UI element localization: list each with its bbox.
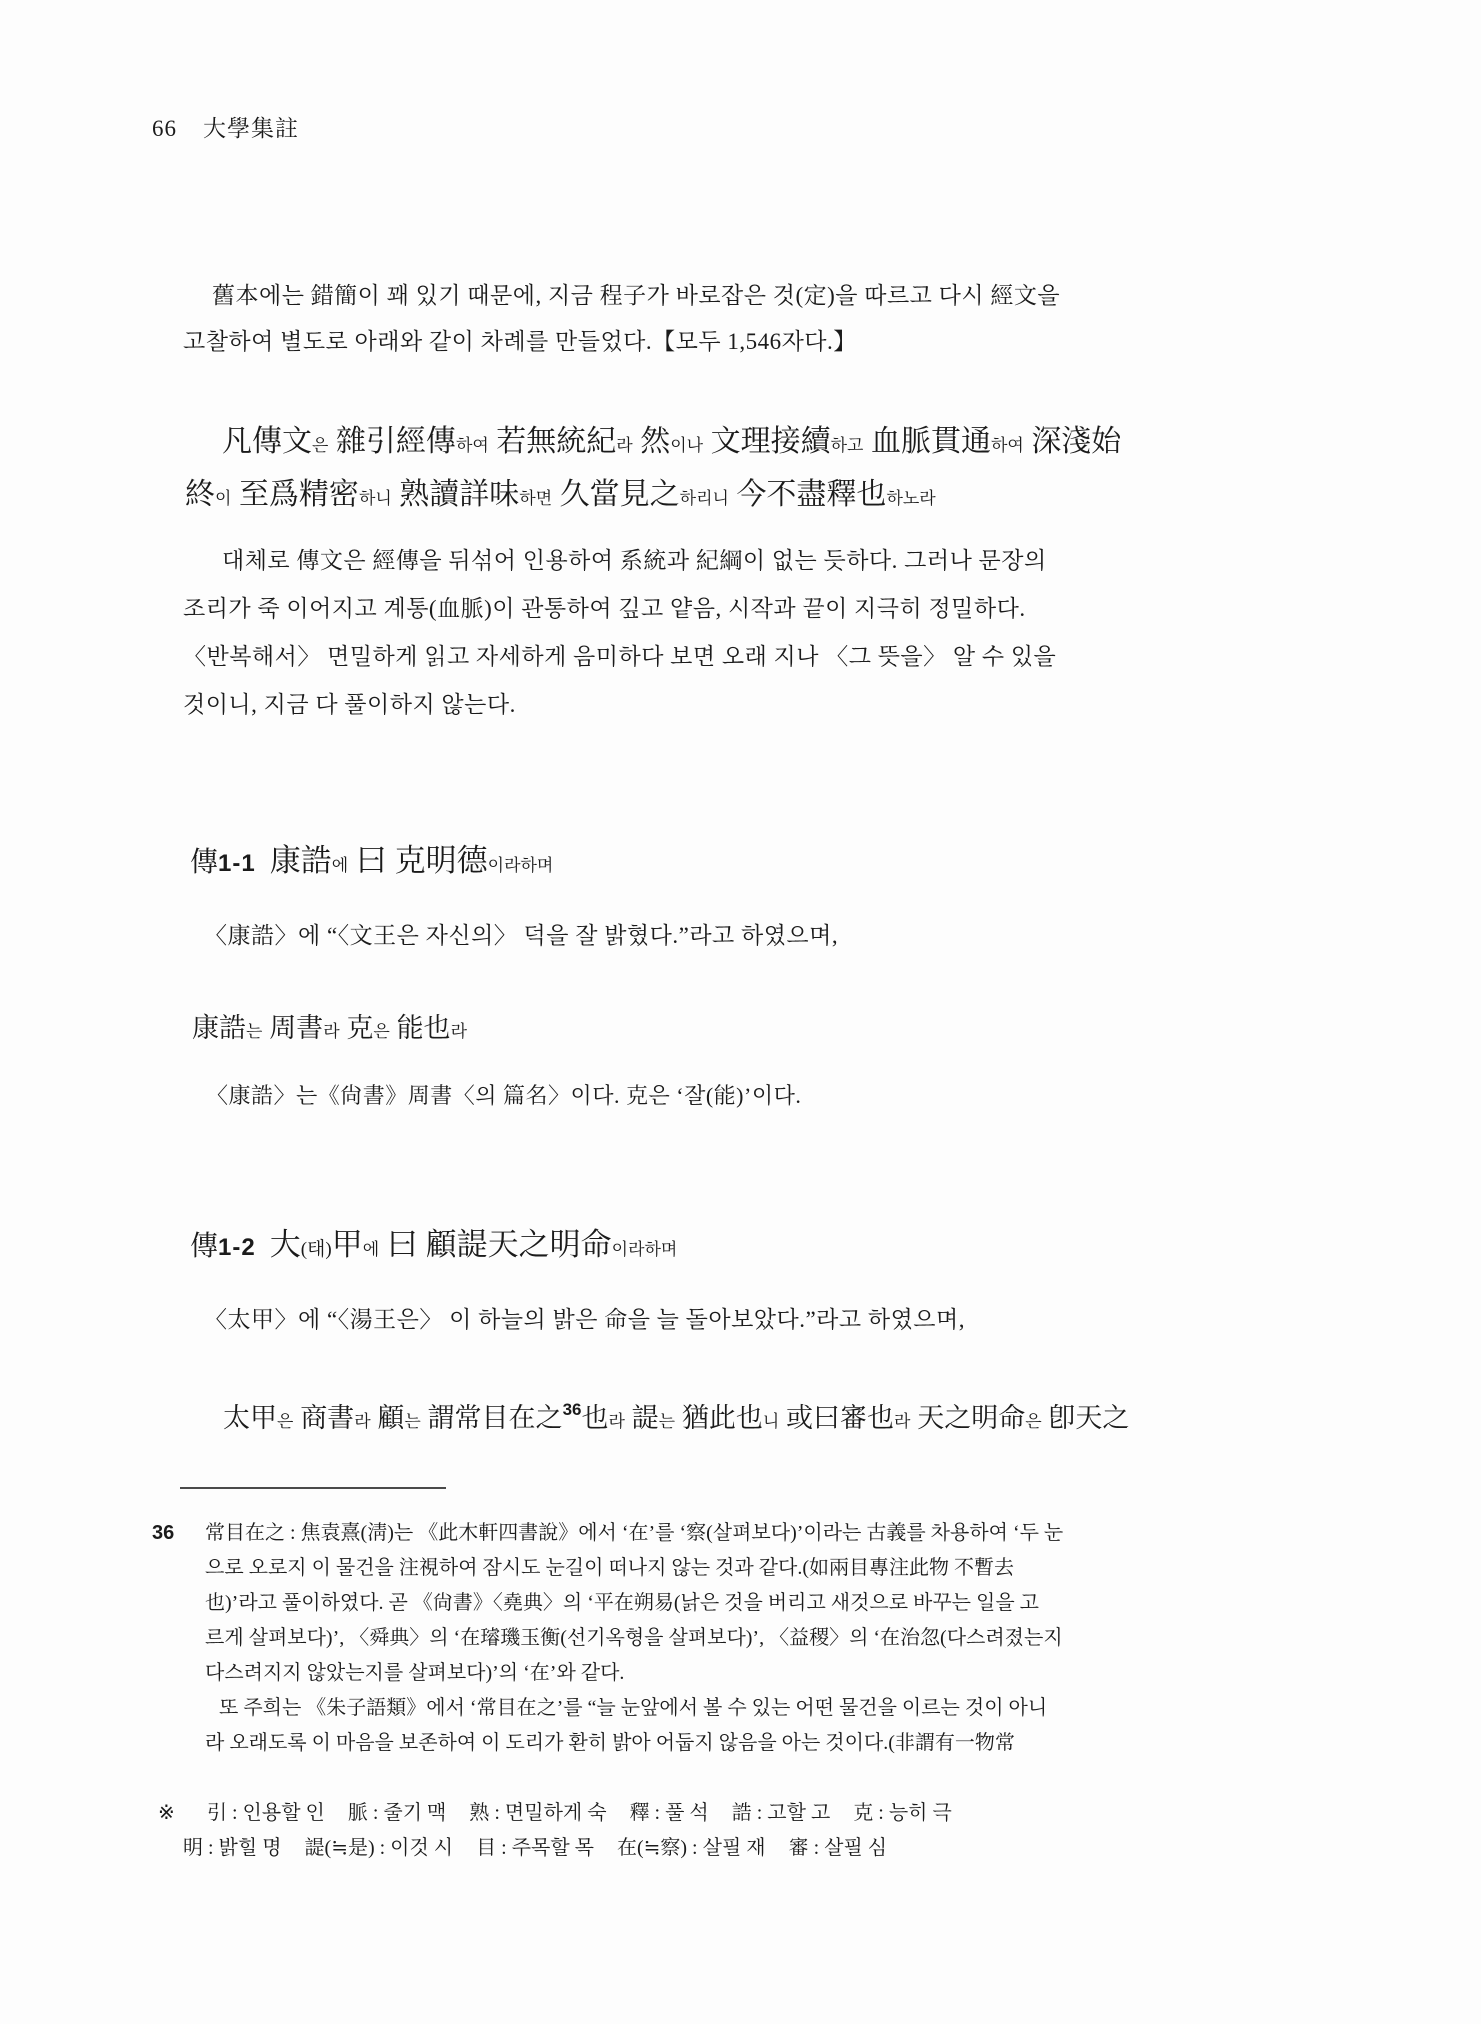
section-1-1-commentary-translation: 〈康誥〉는《尙書》周書〈의 篇名〉이다. 克은 ‘잘(能)’이다. (206, 1072, 801, 1120)
intro-paragraph: 舊本에는 錯簡이 꽤 있기 때문에, 지금 程子가 바로잡은 것(定)을 따르고… (183, 273, 1060, 365)
page-number: 66 (152, 116, 177, 141)
section-number: 1-1 (218, 850, 256, 877)
section-label: 傳 (190, 1231, 218, 1262)
footnote: 常目在之 : 焦袁熹(淸)는 《此木軒四書說》에서 ‘在’를 ‘察(살펴보다)’… (205, 1516, 1063, 1761)
section-header-text: 大(태)甲에 曰 顧諟天之明命이라하며 (270, 1242, 678, 1259)
section-1-2-translation: 〈太甲〉에 “〈湯王은〉 이 하늘의 밝은 命을 늘 돌아보았다.”라고 하였으… (204, 1296, 965, 1344)
book-page: 66大學集註 舊本에는 錯簡이 꽤 있기 때문에, 지금 程子가 바로잡은 것(… (0, 0, 1481, 2024)
section-label: 傳 (190, 847, 218, 878)
glossary-line: 明 : 밝힐 명諟(≒是) : 이것 시目 : 주목할 목在(≒察) : 살필 … (183, 1831, 910, 1865)
glossary-line: 引 : 인용할 인脈 : 줄기 맥熟 : 면밀하게 숙釋 : 풀 석誥 : 고할… (207, 1796, 975, 1830)
hanmun-line: 凡傳文은 雜引經傳하여 若無統紀라 然이나 文理接續하고 血脈貫通하여 深淺始 (185, 418, 1121, 471)
book-title: 大學集註 (203, 116, 299, 141)
footnote-paragraph: 常目在之 : 焦袁熹(淸)는 《此木軒四書說》에서 ‘在’를 ‘察(살펴보다)’… (205, 1516, 1063, 1691)
hanmun-line: 終이 至爲精密하니 熟讀詳味하면 久當見之하리니 今不盡釋也하노라 (185, 471, 1121, 524)
section-number: 1-2 (218, 1234, 256, 1261)
section-1-2-header: 傳1-2大(태)甲에 曰 顧諟天之明命이라하며 (190, 1219, 677, 1277)
footnote-paragraph: 또 주희는 《朱子語類》에서 ‘常目在之’를 “늘 눈앞에서 볼 수 있는 어떤… (205, 1691, 1063, 1761)
section-1-2-commentary: 太甲은 商書라 顧는 謂常目在之36也라 諟는 猶此也니 或曰審也라 天之明命은… (223, 1385, 1129, 1448)
passage-translation: 대체로 傳文은 經傳을 뒤섞어 인용하여 系統과 紀綱이 없는 듯하다. 그러나… (183, 537, 1056, 729)
section-header-text: 康誥에 曰 克明德이라하며 (270, 858, 554, 875)
section-1-1-commentary: 康誥는 周書라 克은 能也라 (192, 1008, 467, 1053)
footnote-divider (180, 1487, 446, 1489)
section-1-1-header: 傳1-1康誥에 曰 克明德이라하며 (190, 835, 553, 893)
hanmun-passage: 凡傳文은 雜引經傳하여 若無統紀라 然이나 文理接續하고 血脈貫通하여 深淺始 … (185, 418, 1121, 524)
glossary-marker: ※ (158, 1796, 175, 1830)
section-1-1-translation: 〈康誥〉에 “〈文王은 자신의〉 덕을 잘 밝혔다.”라고 하였으며, (204, 912, 838, 960)
footnote-number: 36 (152, 1516, 174, 1551)
running-head: 66大學集註 (152, 114, 299, 144)
